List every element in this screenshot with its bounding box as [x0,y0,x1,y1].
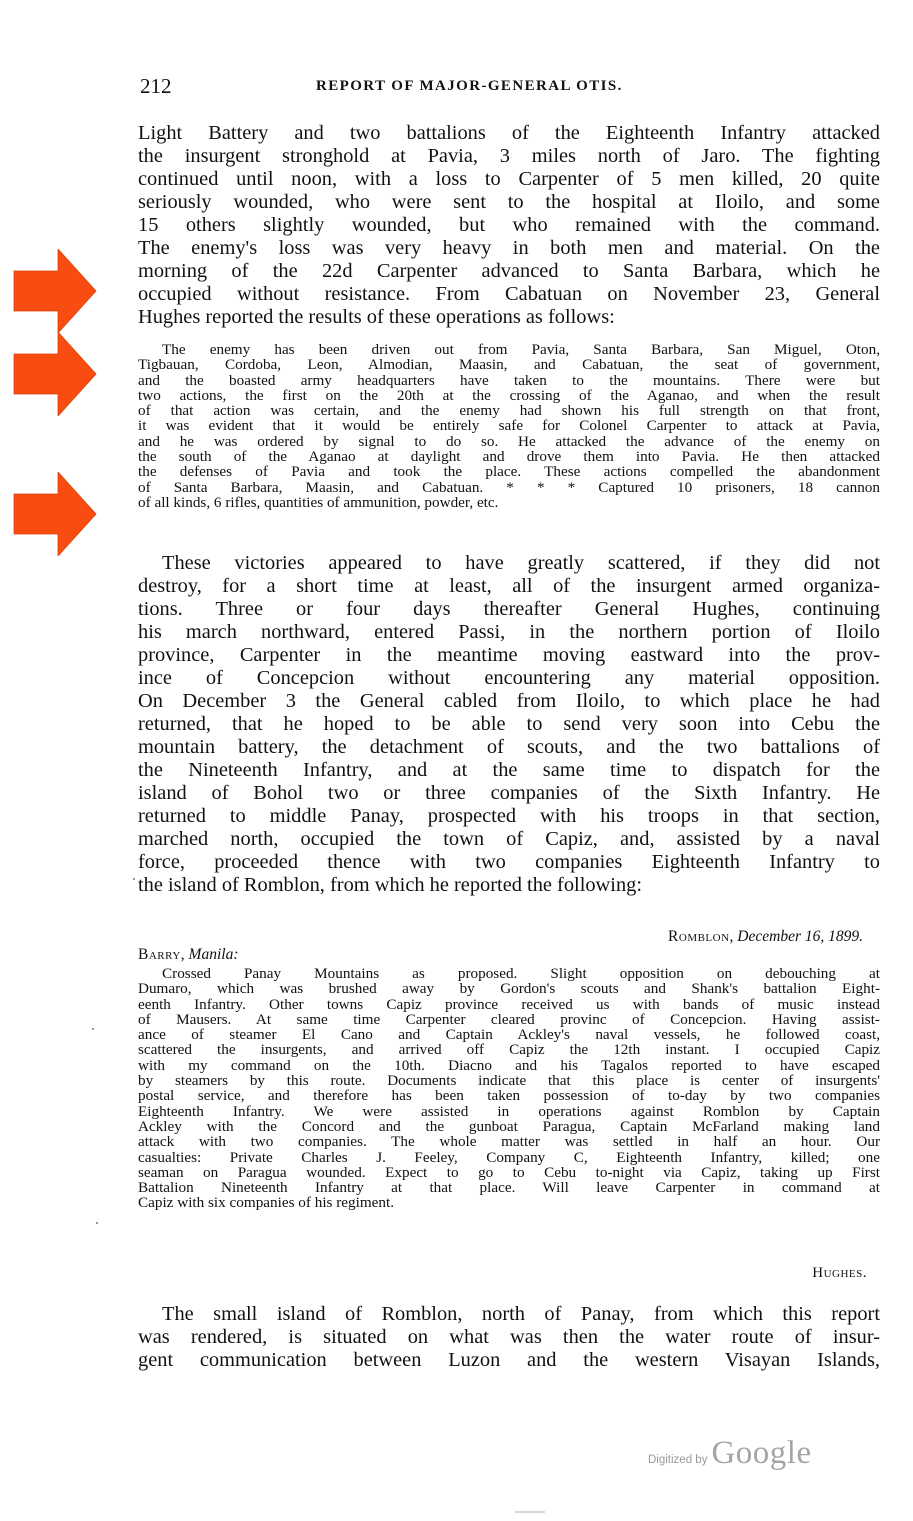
text-line: ance of steamer El Cano and Captain Ackl… [138,1027,880,1042]
text-line: Dumaro, which was brushed away by Gordon… [138,981,880,996]
text-line: it was evident that it would be entirely… [138,418,880,433]
watermark-prefix: Digitized by [648,1454,707,1466]
page-number: 212 [140,74,172,99]
text-line: the Nineteenth Infantry, and at the same… [138,759,880,782]
text-line: continued until noon, with a loss to Car… [138,168,880,191]
text-line: Light Battery and two battalions of the … [138,122,880,145]
text-line: Tigbauan, Cordoba, Leon, Almodian, Maasi… [138,357,880,372]
text-line: two actions, the first on the 20th at th… [138,388,880,403]
text-line: destroy, for a short time at least, all … [138,575,880,598]
text-line: province, Carpenter in the meantime movi… [138,644,880,667]
text-line: of that action was certain, and the enem… [138,403,880,418]
text-line: of Santa Barbara, Maasin, and Cabatuan. … [138,480,880,495]
text-line: casualties: Private Charles J. Feeley, C… [138,1150,880,1165]
body-paragraph-2: These victories appeared to have greatly… [138,552,880,897]
text-line: and he was ordered by signal to do so. H… [138,434,880,449]
text-line: gent communication between Luzon and the… [138,1349,880,1372]
scan-speck [92,1028,94,1030]
text-line: Battalion Nineteenth Infantry at that pl… [138,1180,880,1195]
text-line: by steamers by this route. Documents ind… [138,1073,880,1088]
text-line: ince of Concepcion without encountering … [138,667,880,690]
text-line: with my command on the 10th. Diacno and … [138,1058,880,1073]
scan-speck [96,1222,98,1224]
text-line: force, proceeded thence with two compani… [138,851,880,874]
text-line: Capiz with six companies of his regiment… [138,1195,880,1210]
text-line: mountain battery, the detachment of scou… [138,736,880,759]
text-line: was rendered, is situated on what was th… [138,1326,880,1349]
text-line: and the boasted army headquarters have t… [138,373,880,388]
text-line: Ackley with the Concord and the gunboat … [138,1119,880,1134]
text-line: seriously wounded, who were sent to the … [138,191,880,214]
salutation-separator: , [181,946,189,963]
footer-mark [515,1511,545,1513]
dateline-place: Romblon [668,928,730,945]
google-logo: Google [711,1435,811,1471]
text-line: marched north, occupied the town of Capi… [138,828,880,851]
dateline-date: December 16, 1899. [737,928,863,945]
text-line: the island of Romblon, from which he rep… [138,874,880,897]
text-line: tions. Three or four days thereafter Gen… [138,598,880,621]
scan-speck [133,878,135,880]
block-quote-1: The enemy has been driven out from Pavia… [138,342,880,510]
text-line: Crossed Panay Mountains as proposed. Sli… [138,966,880,981]
text-line: of Mausers. At same time Carpenter clear… [138,1012,880,1027]
text-line: postal service, and therefore has been t… [138,1088,880,1103]
text-line: 15 others slightly wounded, but who rema… [138,214,880,237]
text-line: On December 3 the General cabled from Il… [138,690,880,713]
text-line: scattered the insurgents, and arrived of… [138,1042,880,1057]
scanned-book-page: 212 REPORT OF MAJOR-GENERAL OTIS. Light … [0,0,913,1521]
body-paragraph-1: Light Battery and two battalions of the … [138,122,880,329]
right-arrow-icon [12,249,98,333]
digitized-watermark: Digitized by Google [648,1435,812,1472]
text-line: island of Bohol two or three companies o… [138,782,880,805]
telegram-signature: Hughes. [812,1265,867,1282]
body-paragraph-3: The small island of Romblon, north of Pa… [138,1303,880,1372]
right-arrow-icon [12,332,98,416]
text-line: attack with two companies. The whole mat… [138,1134,880,1149]
telegram-salutation: Barry, Manila: [138,946,880,964]
text-line: the south of the Aganao at daylight and … [138,449,880,464]
text-line: of all kinds, 6 rifles, quantities of am… [138,495,880,510]
text-line: Eighteenth Infantry. We were assisted in… [138,1104,880,1119]
telegram-dateline: Romblon, December 16, 1899. [668,928,863,946]
text-line: seaman on Paragua wounded. Expect to go … [138,1165,880,1180]
text-line: his march northward, entered Passi, in t… [138,621,880,644]
text-line: Hughes reported the results of these ope… [138,306,880,329]
text-line: returned, that he hoped to be able to se… [138,713,880,736]
text-line: returned to middle Panay, prospected wit… [138,805,880,828]
salutation-name: Barry [138,946,181,963]
telegram-body: Crossed Panay Mountains as proposed. Sli… [138,966,880,1211]
text-line: the insurgent stronghold at Pavia, 3 mil… [138,145,880,168]
text-line: The enemy's loss was very heavy in both … [138,237,880,260]
text-line: the defenses of Pavia and took the place… [138,464,880,479]
salutation-place: Manila: [189,946,239,963]
text-line: occupied without resistance. From Cabatu… [138,283,880,306]
right-arrow-icon [12,472,98,556]
running-head: REPORT OF MAJOR-GENERAL OTIS. [316,78,623,95]
text-line: These victories appeared to have greatly… [138,552,880,575]
text-line: morning of the 22d Carpenter advanced to… [138,260,880,283]
page-header: 212 REPORT OF MAJOR-GENERAL OTIS. [140,74,880,100]
text-line: The small island of Romblon, north of Pa… [138,1303,880,1326]
text-line: eenth Infantry. Other towns Capiz provin… [138,997,880,1012]
text-line: The enemy has been driven out from Pavia… [138,342,880,357]
